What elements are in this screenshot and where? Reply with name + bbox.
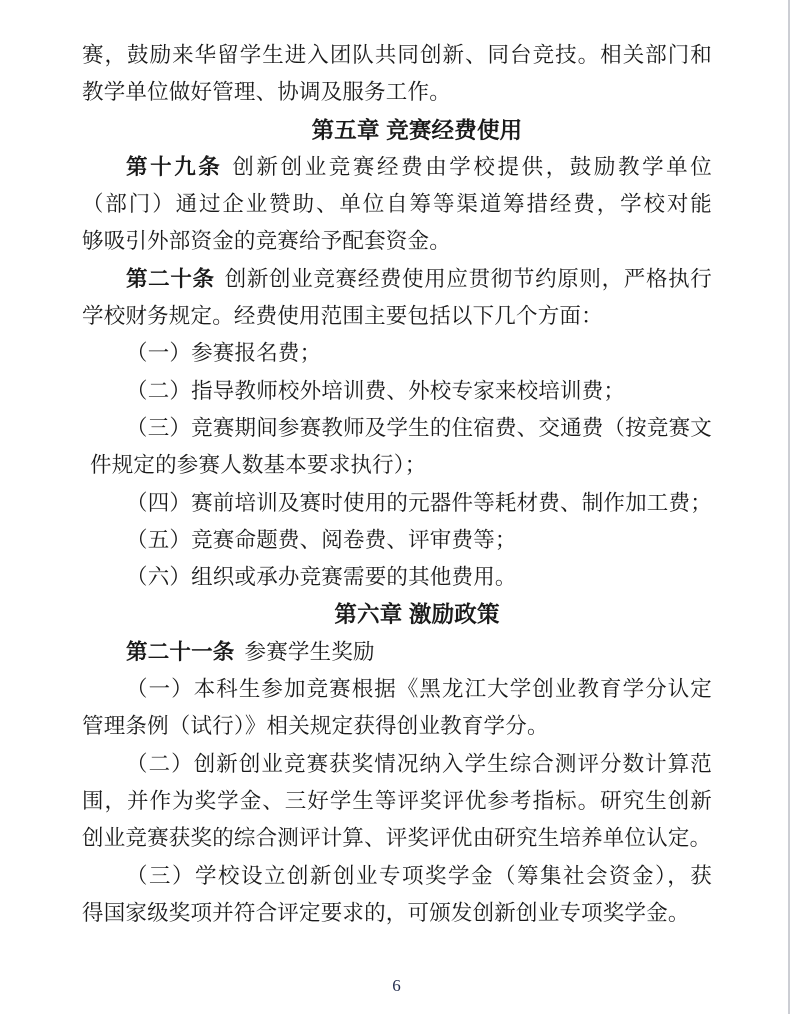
- list-item-line: （一）参赛报名费；: [82, 335, 712, 372]
- text-line: 学校财务规定。经费使用范围主要包括以下几个方面：: [82, 298, 712, 335]
- article-line: 第二十条创新创业竞赛经费使用应贯彻节约原则，严格执行: [82, 261, 712, 298]
- page-number: 6: [392, 976, 401, 995]
- chapter-heading: 第六章 激励政策: [82, 596, 712, 633]
- article-line: 第十九条创新创业竞赛经费由学校提供，鼓励教学单位: [82, 149, 712, 186]
- article-line: 第二十一条参赛学生奖励: [82, 634, 712, 671]
- list-item-line: （六）组织或承办竞赛需要的其他费用。: [82, 559, 712, 596]
- list-item-line: （一）本科生参加竞赛根据《黑龙江大学创业教育学分认定: [82, 671, 712, 708]
- list-item-line: （三）竞赛期间参赛教师及学生的住宿费、交通费（按竞赛文: [82, 410, 712, 447]
- text-line: 够吸引外部资金的竞赛给予配套资金。: [82, 223, 712, 260]
- text-line: 教学单位做好管理、协调及服务工作。: [82, 74, 712, 111]
- text-line: （部门）通过企业赞助、单位自筹等渠道筹措经费，学校对能: [82, 186, 712, 223]
- text-line: 赛，鼓励来华留学生进入团队共同创新、同台竞技。相关部门和: [82, 37, 712, 74]
- document-body: 赛，鼓励来华留学生进入团队共同创新、同台竞技。相关部门和教学单位做好管理、协调及…: [82, 37, 712, 932]
- list-item-line: （四）赛前培训及赛时使用的元器件等耗材费、制作加工费；: [82, 485, 712, 522]
- article-number: 第十九条: [126, 155, 222, 179]
- text-line: 得国家级奖项并符合评定要求的，可颁发创新创业专项奖学金。: [82, 895, 712, 932]
- chapter-heading: 第五章 竞赛经费使用: [82, 112, 712, 149]
- list-item-line: （二）指导教师校外培训费、外校专家来校培训费；: [82, 373, 712, 410]
- page-footer: 6: [0, 976, 793, 997]
- text-line: 创业竞赛获奖的综合测评计算、评奖评优由研究生培养单位认定。: [82, 820, 712, 857]
- text-line: 管理条例（试行）》相关规定获得创业教育学分。: [82, 708, 712, 745]
- list-item-line: （二）创新创业竞赛获奖情况纳入学生综合测评分数计算范: [82, 746, 712, 783]
- text-line: 围，并作为奖学金、三好学生等评奖评优参考指标。研究生创新: [82, 783, 712, 820]
- list-item-line: （三）学校设立创新创业专项奖学金（筹集社会资金），获: [82, 858, 712, 895]
- list-item-continuation: 件规定的参赛人数基本要求执行）；: [82, 447, 712, 484]
- list-item-line: （五）竞赛命题费、阅卷费、评审费等；: [82, 522, 712, 559]
- page-edge-line: [788, 0, 790, 1014]
- article-number: 第二十一条: [126, 640, 235, 664]
- article-number: 第二十条: [126, 267, 215, 291]
- document-page: 赛，鼓励来华留学生进入团队共同创新、同台竞技。相关部门和教学单位做好管理、协调及…: [0, 0, 793, 1014]
